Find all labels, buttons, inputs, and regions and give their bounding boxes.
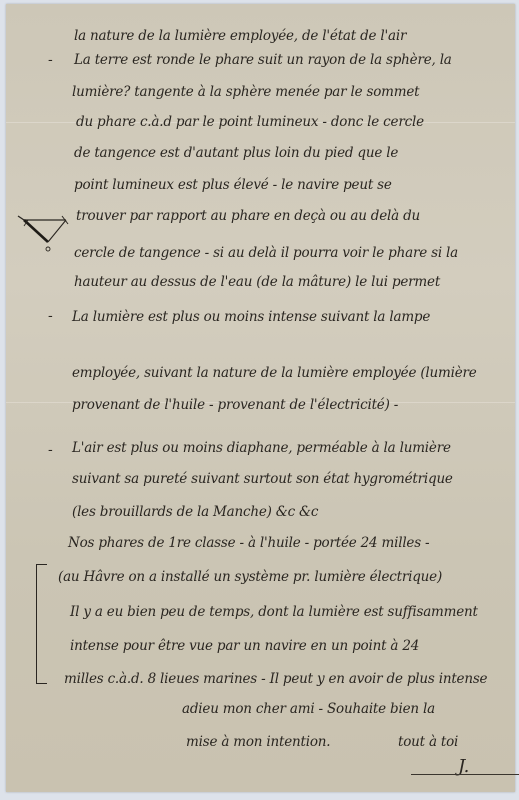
text-line: La terre est ronde le phare suit un rayo… bbox=[74, 52, 452, 68]
text-line: Nos phares de 1re classe - à l'huile - p… bbox=[68, 535, 429, 551]
text-line: (au Hâvre on a installé un système pr. l… bbox=[58, 569, 442, 585]
text-line: hauteur au dessus de l'eau (de la mâture… bbox=[74, 274, 440, 290]
text-line: L'air est plus ou moins diaphane, perméa… bbox=[72, 440, 451, 456]
margin-dash: - bbox=[48, 52, 53, 68]
closing-salutation: tout à toi bbox=[398, 734, 458, 750]
text-line: intense pour être vue par un navire en u… bbox=[70, 638, 419, 654]
text-line: point lumineux est plus élevé - le navir… bbox=[74, 177, 392, 193]
text-line: employée, suivant la nature de la lumièr… bbox=[72, 365, 477, 381]
text-line: lumière? tangente à la sphère menée par … bbox=[72, 84, 419, 100]
text-line: (les brouillards de la Manche) &c &c bbox=[72, 504, 318, 520]
text-line: du phare c.à.d par le point lumineux - d… bbox=[76, 114, 424, 130]
margin-dash: - bbox=[48, 442, 53, 458]
text-line: provenant de l'huile - provenant de l'él… bbox=[72, 397, 398, 413]
text-line: suivant sa pureté suivant surtout son ét… bbox=[72, 471, 453, 487]
margin-bracket bbox=[36, 564, 47, 684]
text-line: de tangence est d'autant plus loin du pi… bbox=[74, 145, 398, 161]
margin-dash: - bbox=[48, 308, 53, 324]
text-line: milles c.à.d. 8 lieues marines - Il peut… bbox=[64, 671, 487, 687]
text-line: Il y a eu bien peu de temps, dont la lum… bbox=[70, 604, 478, 620]
text-line: trouver par rapport au phare en deçà ou … bbox=[76, 208, 420, 224]
closing-line: adieu mon cher ami - Souhaite bien la bbox=[182, 701, 435, 717]
signature-rule bbox=[411, 774, 519, 775]
text-line: cercle de tangence - si au delà il pourr… bbox=[74, 245, 458, 261]
lighthouse-diagram-icon bbox=[14, 212, 70, 256]
letter-page: la nature de la lumière employée, de l'é… bbox=[6, 4, 515, 792]
closing-line: mise à mon intention. bbox=[186, 734, 330, 750]
text-line: La lumière est plus ou moins intense sui… bbox=[72, 309, 430, 325]
text-line: la nature de la lumière employée, de l'é… bbox=[74, 28, 406, 44]
